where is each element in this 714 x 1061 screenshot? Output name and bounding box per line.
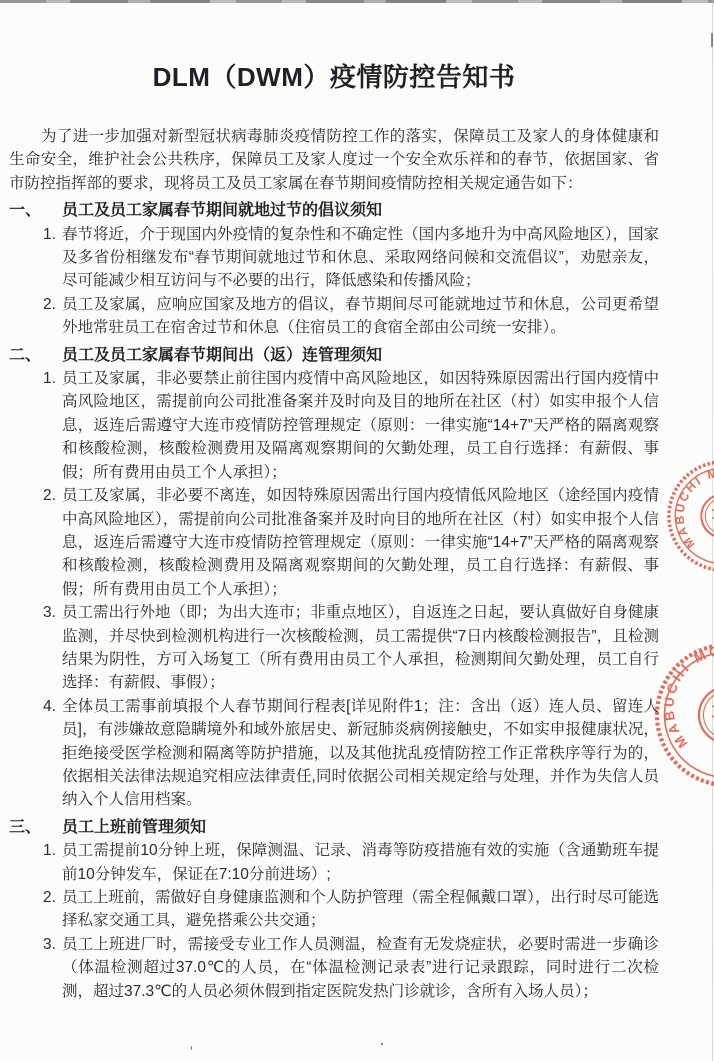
- document-body: DLM（DWM）疫情防控告知书 为了进一步加强对新型冠状病毒肺炎疫情防控工作的落…: [9, 57, 659, 1003]
- scanned-document-page: DLM（DWM）疫情防控告知书 为了进一步加强对新型冠状病毒肺炎疫情防控工作的落…: [0, 0, 714, 1061]
- document-title: DLM（DWM）疫情防控告知书: [9, 57, 659, 94]
- scan-speck: [191, 1046, 192, 1050]
- section-number: 三、: [9, 816, 62, 839]
- item-text: 员工需出行外地（即；为出大连市；非重点地区），自返连之日起，要认真做好自身健康监…: [62, 601, 659, 695]
- item-text: 员工及家属，应响应国家及地方的倡议，春节期间尽可能就地过节和休息，公司更希望外地…: [62, 293, 659, 340]
- list-item: 3. 员工需出行外地（即；为出大连市；非重点地区），自返连之日起，要认真做好自身…: [9, 601, 659, 695]
- intro-paragraph: 为了进一步加强对新型冠状病毒肺炎疫情防控工作的落实，保障员工及家人的身体健康和生…: [9, 125, 659, 195]
- list-item: 2. 员工上班前，需做好自身健康监测和个人防护管理（需全程佩戴口罩），出行时尽可…: [9, 886, 659, 933]
- list-item: 4. 全体员工需事前填报个人春节期间行程表[详见附件1；注：含出（返）连人员、留…: [9, 695, 659, 812]
- scan-artifact-mark: [711, 33, 713, 47]
- section-1: 一、 员工及员工家属春节期间就地过节的倡议须知 1. 春节将近，介于现国内外疫情…: [9, 199, 659, 339]
- list-item: 1. 员工及家属，非必要禁止前往国内疫情中高风险地区，如因特殊原因需出行国内疫情…: [9, 367, 659, 484]
- item-text: 员工及家属，非必要不离连，如因特殊原因需出行国内疫情低风险地区（途经国内疫情中高…: [62, 484, 659, 601]
- scan-speck: [381, 1043, 383, 1045]
- list-item: 2. 员工及家属，应响应国家及地方的倡议，春节期间尽可能就地过节和休息，公司更希…: [9, 293, 659, 340]
- list-item: 1. 员工需提前10分钟上班，保障测温、记录、消毒等防疫措施有效的实施（含通勤班…: [9, 839, 659, 886]
- item-number: 1.: [43, 223, 62, 293]
- item-text: 全体员工需事前填报个人春节期间行程表[详见附件1；注：含出（返）连人员、留连人员…: [62, 695, 659, 812]
- section-3: 三、 员工上班前管理须知 1. 员工需提前10分钟上班，保障测温、记录、消毒等防…: [9, 816, 659, 1003]
- section-title: 员工上班前管理须知: [62, 816, 659, 839]
- item-text: 员工上班前，需做好自身健康监测和个人防护管理（需全程佩戴口罩），出行时尽可能选择…: [62, 886, 659, 933]
- item-text: 春节将近，介于现国内外疫情的复杂性和不确定性（国内多地升为中高风险地区），国家及…: [62, 223, 659, 293]
- section-title: 员工及员工家属春节期间出（返）连管理须知: [62, 344, 659, 367]
- item-number: 2.: [43, 293, 62, 340]
- item-number: 4.: [43, 695, 62, 812]
- list-item: 1. 春节将近，介于现国内外疫情的复杂性和不确定性（国内多地升为中高风险地区），…: [9, 223, 659, 293]
- scan-artifact-top-edge: [0, 0, 714, 3]
- section-heading: 三、 员工上班前管理须知: [9, 816, 659, 839]
- section-heading: 一、 员工及员工家属春节期间就地过节的倡议须知: [9, 199, 659, 222]
- list-item: 3. 员工上班进厂时，需接受专业工作人员测温，检查有无发烧症状，必要时需进一步确…: [9, 933, 659, 1003]
- section-title: 员工及员工家属春节期间就地过节的倡议须知: [62, 199, 659, 222]
- item-number: 2.: [43, 484, 62, 601]
- item-text: 员工需提前10分钟上班，保障测温、记录、消毒等防疫措施有效的实施（含通勤班车提前…: [62, 839, 659, 886]
- item-number: 3.: [43, 601, 62, 695]
- company-seal-stamp-upper: MABUCHI MOTOR: [653, 446, 714, 586]
- item-number: 1.: [43, 367, 62, 484]
- section-2: 二、 员工及员工家属春节期间出（返）连管理须知 1. 员工及家属，非必要禁止前往…: [9, 344, 659, 812]
- section-number: 二、: [9, 344, 62, 367]
- item-text: 员工上班进厂时，需接受专业工作人员测温，检查有无发烧症状，必要时需进一步确诊（体…: [62, 933, 659, 1003]
- section-number: 一、: [9, 199, 62, 222]
- item-number: 1.: [43, 839, 62, 886]
- section-heading: 二、 员工及员工家属春节期间出（返）连管理须知: [9, 344, 659, 367]
- item-text: 员工及家属，非必要禁止前往国内疫情中高风险地区，如因特殊原因需出行国内疫情中高风…: [62, 367, 659, 484]
- item-number: 3.: [43, 933, 62, 1003]
- list-item: 2. 员工及家属，非必要不离连，如因特殊原因需出行国内疫情低风险地区（途经国内疫…: [9, 484, 659, 601]
- item-number: 2.: [43, 886, 62, 933]
